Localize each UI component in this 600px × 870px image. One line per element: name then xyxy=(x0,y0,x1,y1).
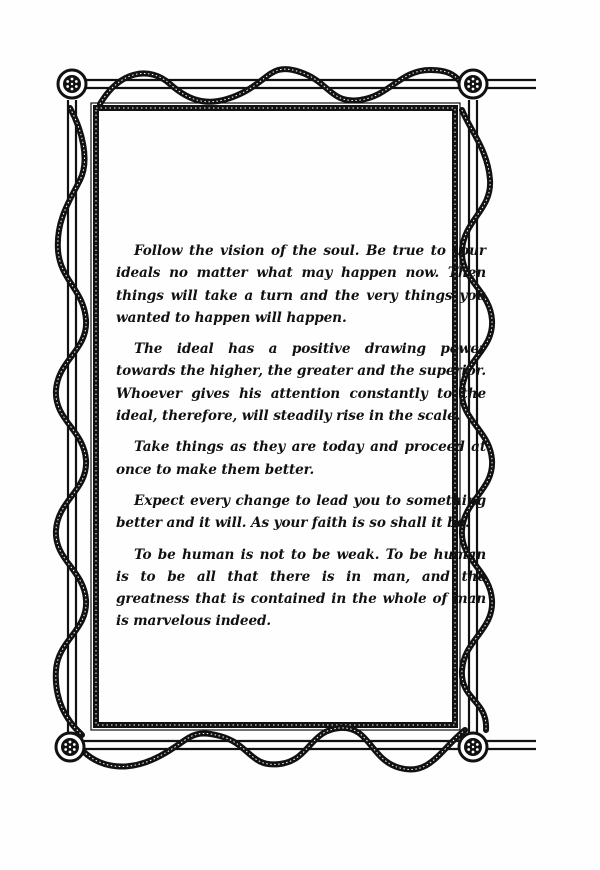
rosette-top-left-icon xyxy=(58,70,86,98)
rosette-top-right-icon xyxy=(459,70,487,98)
paragraph-3: Take things as they are today and procee… xyxy=(116,436,486,481)
rope-top xyxy=(100,69,470,104)
paragraph-4: Expect every change to lead you to somet… xyxy=(116,490,486,535)
rosette-bottom-right-icon xyxy=(459,733,487,761)
body-text: Follow the vision of the soul. Be true t… xyxy=(116,240,486,642)
paragraph-5: To be human is not to be weak. To be hum… xyxy=(116,544,486,633)
paragraph-2: The ideal has a positive drawing power t… xyxy=(116,338,486,427)
paragraph-1: Follow the vision of the soul. Be true t… xyxy=(116,240,486,329)
rosette-bottom-left-icon xyxy=(56,733,84,761)
rope-left xyxy=(56,108,86,735)
book-page: Follow the vision of the soul. Be true t… xyxy=(0,0,600,870)
